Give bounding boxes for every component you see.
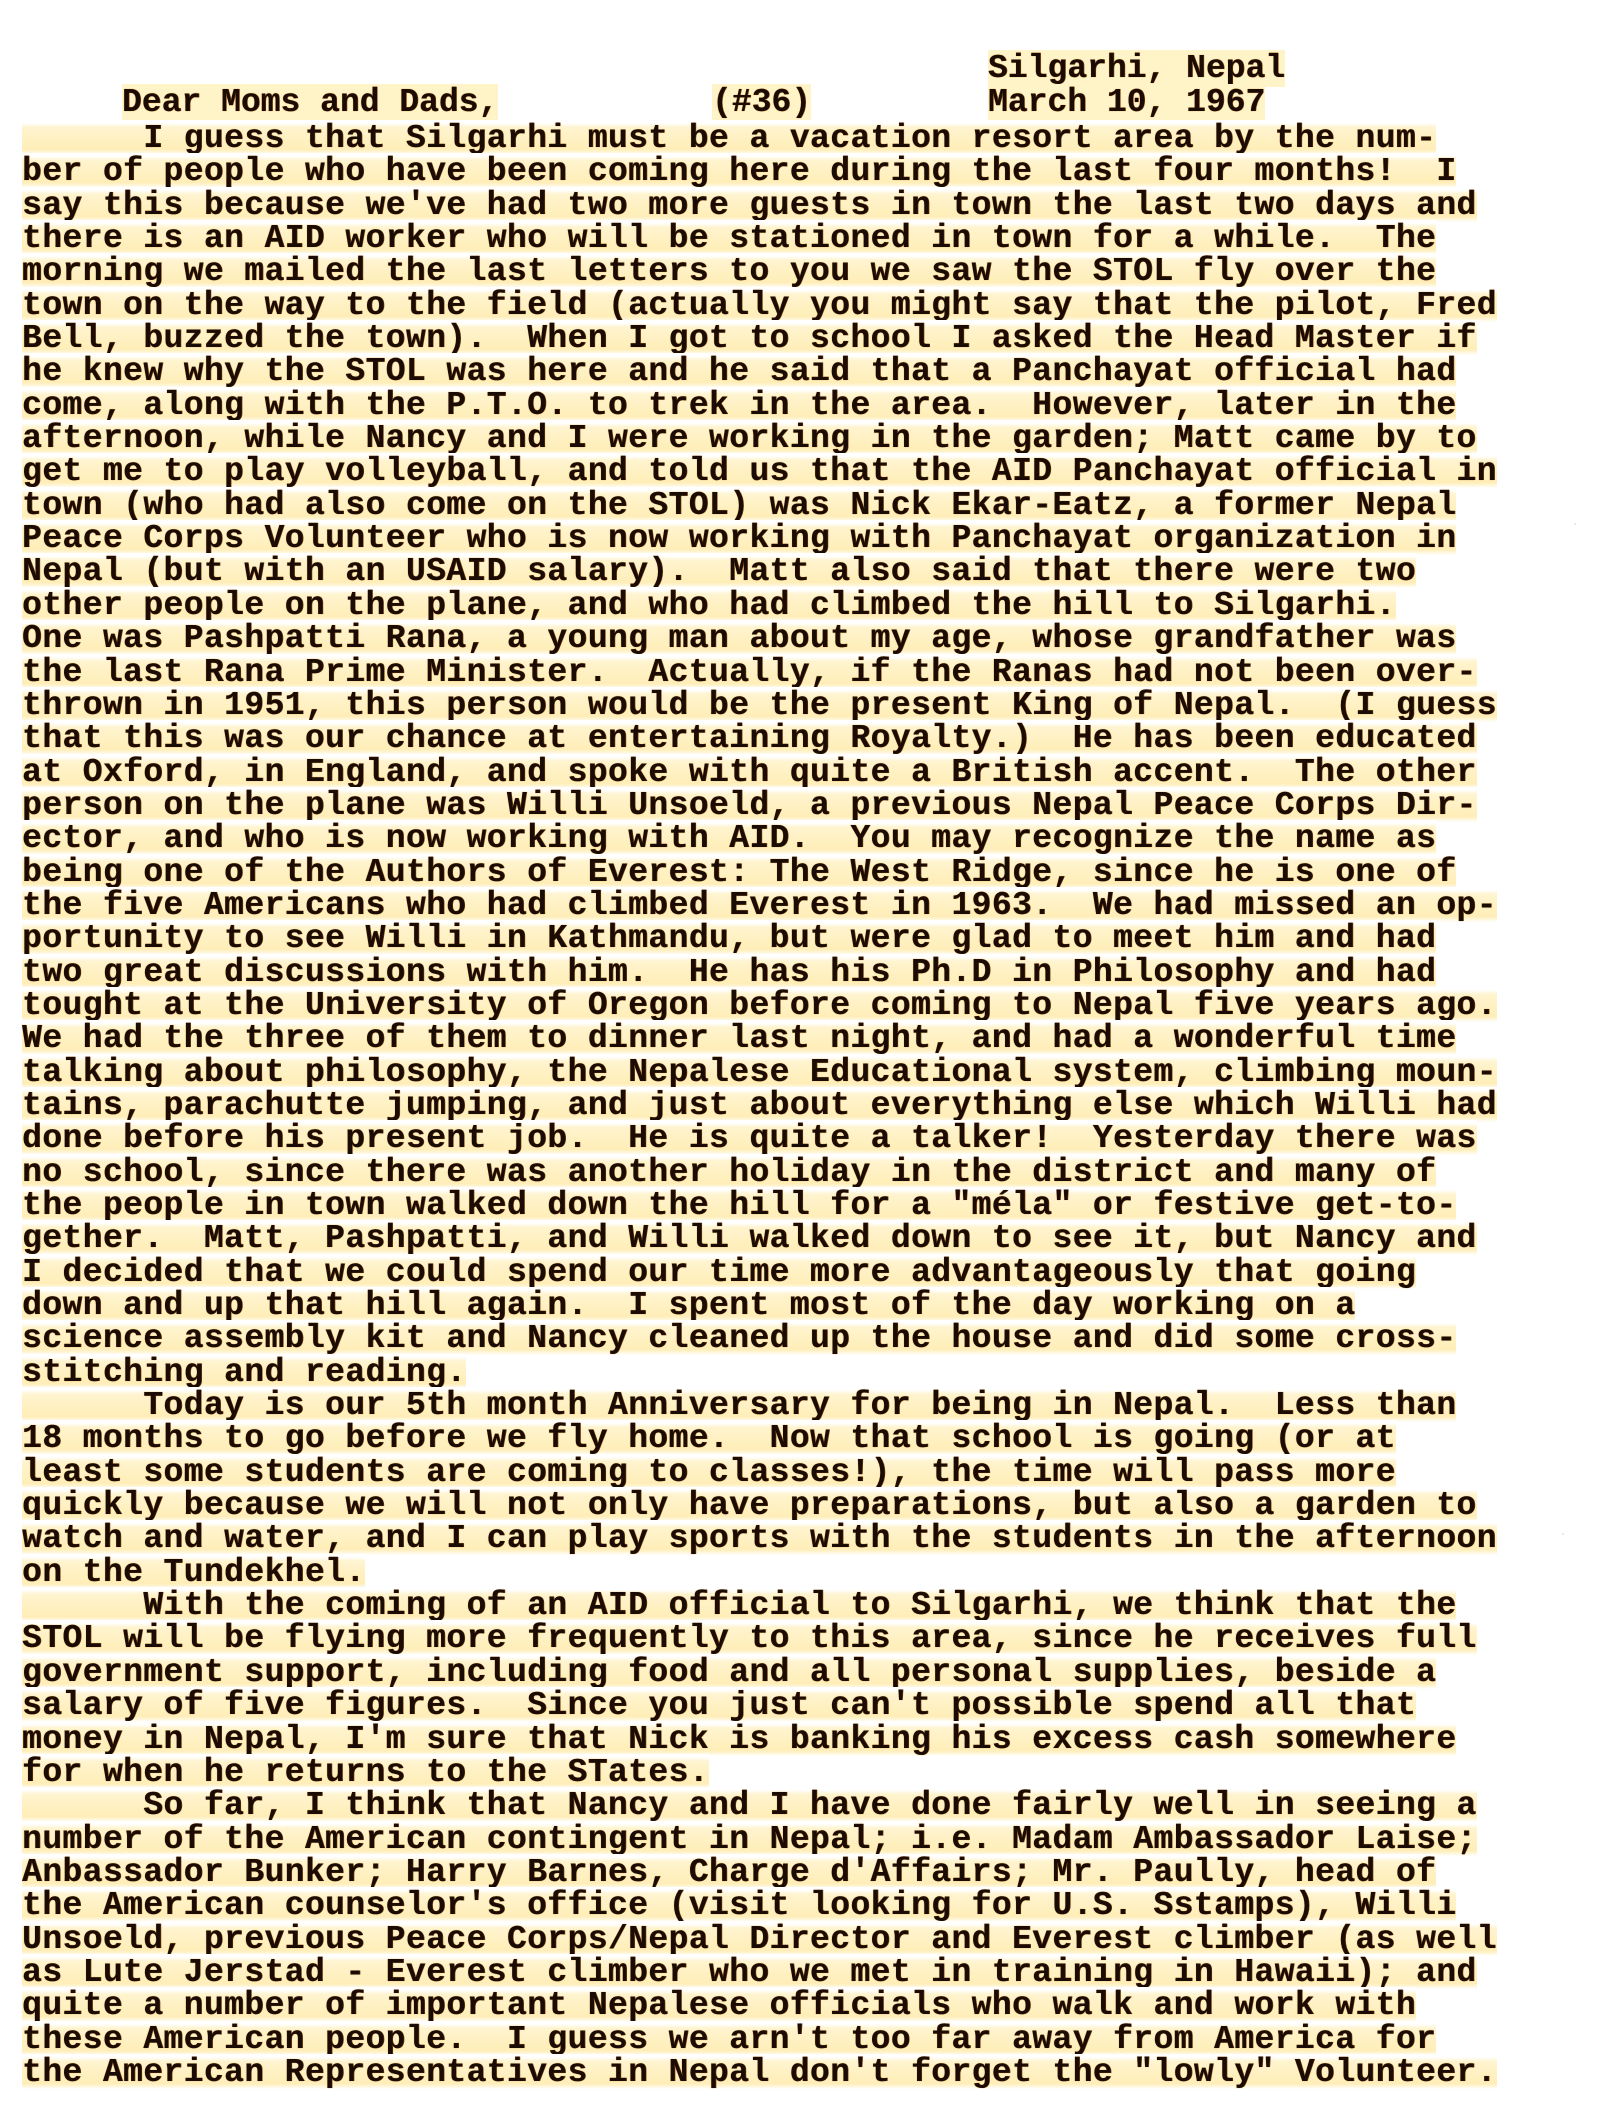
letter-line: talking about philosophy, the Nepalese E… [22, 1056, 1497, 1089]
letter-line: money in Nepal, I'm sure that Nick is ba… [22, 1723, 1497, 1756]
letter-line-text: the last Rana Prime Minister. Actually, … [22, 654, 1477, 691]
letter-line: quickly because we will not only have pr… [22, 1489, 1497, 1522]
letter-line-text: two great discussions with him. He has h… [22, 954, 1436, 991]
letter-line-text: down and up that hill again. I spent mos… [22, 1287, 1355, 1324]
letter-line: I decided that we could spend our time m… [22, 1256, 1497, 1289]
letter-line-text: the five Americans who had climbed Evere… [22, 887, 1497, 924]
letter-line-text: money in Nepal, I'm sure that Nick is ba… [22, 1721, 1456, 1758]
letter-line: tains, parachutte jumping, and just abou… [22, 1089, 1497, 1122]
letter-line-text: portunity to see Willi in Kathmandu, but… [22, 920, 1436, 957]
letter-line: say this because we've had two more gues… [22, 189, 1497, 222]
letter-line: town on the way to the field (actually y… [22, 289, 1497, 322]
letter-line: number of the American contingent in Nep… [22, 1823, 1497, 1856]
letter-line: as Lute Jerstad - Everest climber who we… [22, 1956, 1497, 1989]
letter-line-text: on the Tundekhel. [22, 1554, 365, 1591]
letter-line: afternoon, while Nancy and I were workin… [22, 422, 1497, 455]
letter-line-text: I decided that we could spend our time m… [22, 1254, 1416, 1291]
letter-line: portunity to see Willi in Kathmandu, but… [22, 922, 1497, 955]
letter-line-text: Unsoeld, previous Peace Corps/Nepal Dire… [22, 1921, 1497, 1958]
letter-line: get me to play volleyball, and told us t… [22, 455, 1497, 488]
letter-number: (#36) [712, 86, 811, 119]
letter-line: science assembly kit and Nancy cleaned u… [22, 1322, 1497, 1355]
letter-line-text: Bell, buzzed the town). When I got to sc… [22, 320, 1477, 357]
letter-line: With the coming of an AID official to Si… [22, 1589, 1497, 1622]
letter-line: there is an AID worker who will be stati… [22, 222, 1497, 255]
letter-line: ector, and who is now working with AID. … [22, 822, 1497, 855]
letter-line: Bell, buzzed the town). When I got to sc… [22, 322, 1497, 355]
letter-line-text: salary of five figures. Since you just c… [22, 1687, 1416, 1724]
letter-line-text: done before his present job. He is quite… [22, 1120, 1477, 1157]
letter-line-text: these American people. I guess we arn't … [22, 2021, 1436, 2058]
letter-line-text: least some students are coming to classe… [22, 1454, 1396, 1491]
letter-line: ber of people who have been coming here … [22, 155, 1497, 188]
letter-line: the American counselor's office (visit l… [22, 1889, 1497, 1922]
letter-line-text: town on the way to the field (actually y… [22, 287, 1497, 324]
letter-line: I guess that Silgarhi must be a vacation… [22, 122, 1497, 155]
letter-line: down and up that hill again. I spent mos… [22, 1289, 1497, 1322]
letter-line-text: town (who had also come on the STOL) was… [22, 487, 1456, 524]
letter-line-text: watch and water, and I can play sports w… [22, 1520, 1497, 1557]
letter-line: salary of five figures. Since you just c… [22, 1689, 1497, 1722]
letter-line-text: talking about philosophy, the Nepalese E… [22, 1054, 1497, 1091]
letter-line-text: no school, since there was another holid… [22, 1154, 1436, 1191]
letter-line: tought at the University of Oregon befor… [22, 989, 1497, 1022]
letter-line: two great discussions with him. He has h… [22, 956, 1497, 989]
letter-line-text: quickly because we will not only have pr… [22, 1487, 1477, 1524]
letter-line-text: the people in town walked down the hill … [22, 1187, 1456, 1224]
letter-line: STOL will be flying more frequently to t… [22, 1622, 1497, 1655]
letter-line: Anbassador Bunker; Harry Barnes, Charge … [22, 1856, 1497, 1889]
letter-line: at Oxford, in England, and spoke with qu… [22, 756, 1497, 789]
letter-line: town (who had also come on the STOL) was… [22, 489, 1497, 522]
letter-line: the last Rana Prime Minister. Actually, … [22, 656, 1497, 689]
letter-line-text: afternoon, while Nancy and I were workin… [22, 420, 1477, 457]
letter-line-text: stitching and reading. [22, 1354, 466, 1391]
letter-line-text: ber of people who have been coming here … [22, 153, 1456, 190]
letter-line-text: tought at the University of Oregon befor… [22, 987, 1497, 1024]
letter-line-text: being one of the Authors of Everest: The… [22, 854, 1456, 891]
letter-body: I guess that Silgarhi must be a vacation… [22, 122, 1497, 2089]
letter-line-text: government support, including food and a… [22, 1654, 1436, 1691]
letter-line: for when he returns to the STates. [22, 1756, 1497, 1789]
letter-line-text: get me to play volleyball, and told us t… [22, 453, 1497, 490]
letter-line: So far, I think that Nancy and I have do… [22, 1789, 1497, 1822]
letter-line: 18 months to go before we fly home. Now … [22, 1422, 1497, 1455]
letter-line-text: ector, and who is now working with AID. … [22, 820, 1436, 857]
letter-line: other people on the plane, and who had c… [22, 589, 1497, 622]
letter-line: person on the plane was Willi Unsoeld, a… [22, 789, 1497, 822]
letter-line-text: person on the plane was Willi Unsoeld, a… [22, 787, 1477, 824]
letter-line: We had the three of them to dinner last … [22, 1022, 1497, 1055]
letter-page: Silgarhi, Nepal Dear Moms and Dads, (#36… [0, 0, 1607, 2108]
letter-line-text: Nepal (but with an USAID salary). Matt a… [22, 553, 1416, 590]
letter-line-text: the American Representatives in Nepal do… [22, 2054, 1497, 2091]
letter-line-text: thrown in 1951, this person would be the… [22, 687, 1497, 724]
letter-place: Silgarhi, Nepal [988, 52, 1285, 85]
letter-line-text: One was Pashpatti Rana, a young man abou… [22, 620, 1456, 657]
letter-line: Nepal (but with an USAID salary). Matt a… [22, 555, 1497, 588]
letter-line: on the Tundekhel. [22, 1556, 1497, 1589]
letter-line-text: science assembly kit and Nancy cleaned u… [22, 1320, 1456, 1357]
letter-line-text: So far, I think that Nancy and I have do… [22, 1787, 1477, 1824]
letter-line: quite a number of important Nepalese off… [22, 1989, 1497, 2022]
letter-line: gether. Matt, Pashpatti, and Willi walke… [22, 1222, 1497, 1255]
letter-line: Today is our 5th month Anniversary for b… [22, 1389, 1497, 1422]
letter-line: come, along with the P.T.O. to trek in t… [22, 389, 1497, 422]
letter-line-text: With the coming of an AID official to Si… [22, 1587, 1456, 1624]
letter-line: done before his present job. He is quite… [22, 1122, 1497, 1155]
letter-line: he knew why the STOL was here and he sai… [22, 355, 1497, 388]
letter-line: One was Pashpatti Rana, a young man abou… [22, 622, 1497, 655]
letter-line: stitching and reading. [22, 1356, 1497, 1389]
letter-salutation: Dear Moms and Dads, [122, 86, 498, 119]
letter-line: that this was our chance at entertaining… [22, 722, 1497, 755]
letter-line: government support, including food and a… [22, 1656, 1497, 1689]
letter-line-text: morning we mailed the last letters to yo… [22, 253, 1436, 290]
paper-speck: · [1560, 1530, 1566, 1541]
letter-line: morning we mailed the last letters to yo… [22, 255, 1497, 288]
letter-line-text: he knew why the STOL was here and he sai… [22, 353, 1456, 390]
letter-line-text: tains, parachutte jumping, and just abou… [22, 1087, 1497, 1124]
letter-date: March 10, 1967 [988, 86, 1265, 119]
letter-line: Peace Corps Volunteer who is now working… [22, 522, 1497, 555]
letter-line: these American people. I guess we arn't … [22, 2023, 1497, 2056]
letter-line: no school, since there was another holid… [22, 1156, 1497, 1189]
letter-line-text: STOL will be flying more frequently to t… [22, 1620, 1477, 1657]
letter-line: the people in town walked down the hill … [22, 1189, 1497, 1222]
letter-line-text: gether. Matt, Pashpatti, and Willi walke… [22, 1220, 1477, 1257]
letter-line: watch and water, and I can play sports w… [22, 1522, 1497, 1555]
letter-line-text: there is an AID worker who will be stati… [22, 220, 1436, 257]
letter-line-text: Anbassador Bunker; Harry Barnes, Charge … [22, 1854, 1436, 1891]
letter-line-text: We had the three of them to dinner last … [22, 1020, 1456, 1057]
letter-line-text: Today is our 5th month Anniversary for b… [22, 1387, 1456, 1424]
letter-line: being one of the Authors of Everest: The… [22, 856, 1497, 889]
letter-line: the American Representatives in Nepal do… [22, 2056, 1497, 2089]
letter-line-text: at Oxford, in England, and spoke with qu… [22, 754, 1477, 791]
letter-line-text: 18 months to go before we fly home. Now … [22, 1420, 1396, 1457]
letter-line: Unsoeld, previous Peace Corps/Nepal Dire… [22, 1923, 1497, 1956]
letter-line-text: other people on the plane, and who had c… [22, 587, 1396, 624]
letter-line-text: for when he returns to the STates. [22, 1754, 709, 1791]
paper-speck: · [1572, 520, 1578, 531]
letter-line: the five Americans who had climbed Evere… [22, 889, 1497, 922]
letter-line-text: the American counselor's office (visit l… [22, 1887, 1456, 1924]
letter-line-text: that this was our chance at entertaining… [22, 720, 1477, 757]
letter-line-text: Peace Corps Volunteer who is now working… [22, 520, 1456, 557]
letter-line: least some students are coming to classe… [22, 1456, 1497, 1489]
letter-line: thrown in 1951, this person would be the… [22, 689, 1497, 722]
letter-line-text: I guess that Silgarhi must be a vacation… [22, 120, 1436, 157]
letter-line-text: come, along with the P.T.O. to trek in t… [22, 387, 1456, 424]
letter-line-text: as Lute Jerstad - Everest climber who we… [22, 1954, 1477, 1991]
letter-line-text: say this because we've had two more gues… [22, 187, 1477, 224]
letter-line-text: quite a number of important Nepalese off… [22, 1987, 1416, 2024]
letter-line-text: number of the American contingent in Nep… [22, 1821, 1477, 1858]
